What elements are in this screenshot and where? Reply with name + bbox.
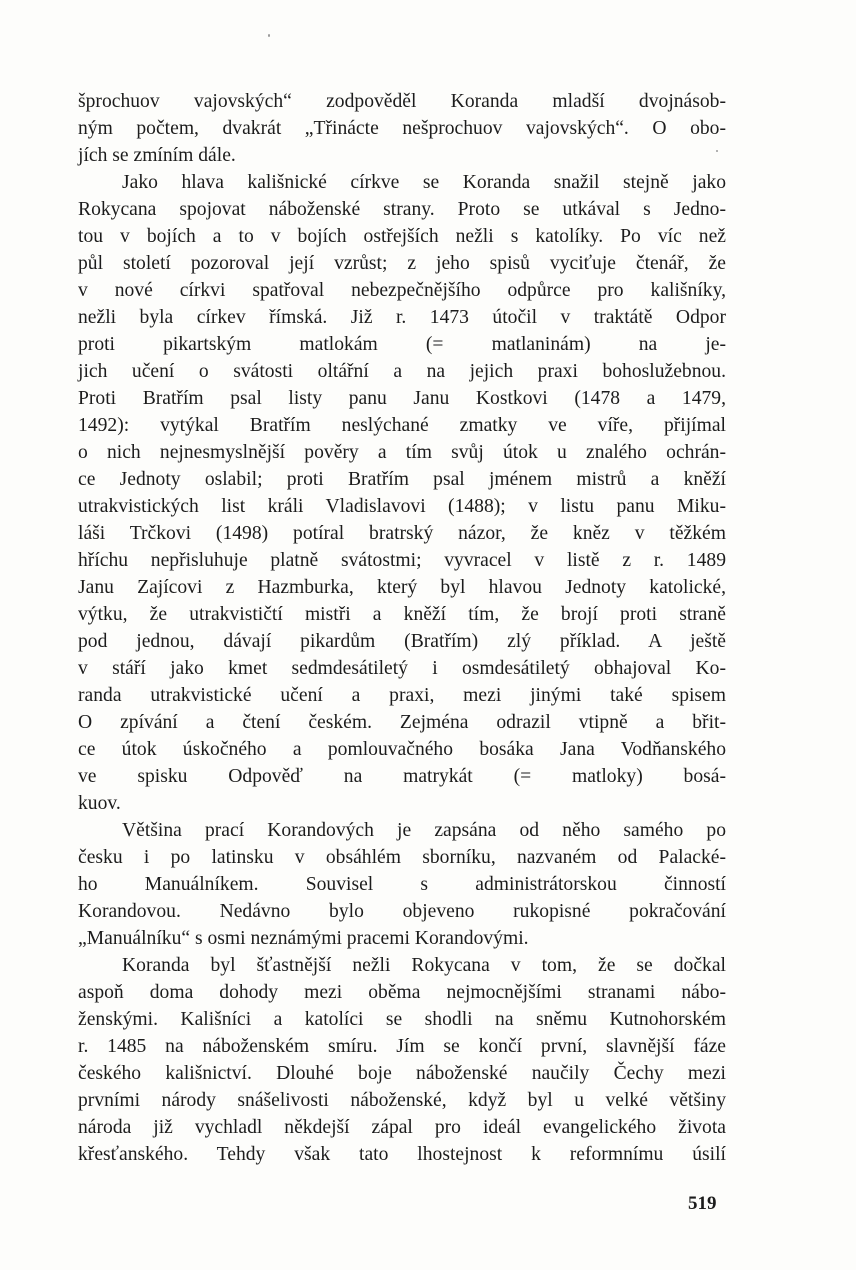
text-line: utrakvistických list králi Vladislavovi … — [78, 493, 726, 520]
text-line: „Manuálníku“ s osmi neznámými pracemi Ko… — [78, 925, 726, 952]
text-line: výtku, že utrakvističtí mistři a kněží t… — [78, 601, 726, 628]
paragraph-start-line: Koranda byl šťastnější nežli Rokycana v … — [78, 952, 726, 979]
text-line: pod jednou, dávají pikardům (Bratřím) zl… — [78, 628, 726, 655]
text-line: Rokycana spojovat náboženské strany. Pro… — [78, 196, 726, 223]
text-line: šprochuov vajovských“ zodpověděl Koranda… — [78, 88, 726, 115]
text-line: Janu Zajícovi z Hazmburka, který byl hla… — [78, 574, 726, 601]
text-line: českého kališnictví. Dlouhé boje nábožen… — [78, 1060, 726, 1087]
scan-speck — [268, 34, 270, 37]
text-line: ho Manuálníkem. Souvisel s administrátor… — [78, 871, 726, 898]
text-line: jích se zmíním dále. — [78, 142, 726, 169]
text-line: láši Trčkovi (1498) potíral bratrský náz… — [78, 520, 726, 547]
paragraph-start-line: Jako hlava kališnické církve se Koranda … — [78, 169, 726, 196]
text-line: v stáří jako kmet sedmdesátiletý i osmde… — [78, 655, 726, 682]
text-line: jich učení o svátosti oltářní a na jejic… — [78, 358, 726, 385]
text-line: česku i po latinsku v obsáhlém sborníku,… — [78, 844, 726, 871]
text-line: v nové církvi spatřoval nebezpečnějšího … — [78, 277, 726, 304]
paragraph-start-line: Většina prací Korandových je zapsána od … — [78, 817, 726, 844]
text-line: kuov. — [78, 790, 726, 817]
text-line: Korandovou. Nedávno bylo objeveno rukopi… — [78, 898, 726, 925]
book-page-body: šprochuov vajovských“ zodpověděl Koranda… — [78, 88, 726, 1168]
text-line: půl století pozoroval její vzrůst; z jeh… — [78, 250, 726, 277]
text-line: nežli byla církev římská. Již r. 1473 út… — [78, 304, 726, 331]
text-line: Proti Bratřím psal listy panu Janu Kostk… — [78, 385, 726, 412]
text-line: 1492): vytýkal Bratřím neslýchané zmatky… — [78, 412, 726, 439]
text-line: ce útok úskočného a pomlouvačného bosáka… — [78, 736, 726, 763]
text-line: národa již vychladl někdejší zápal pro i… — [78, 1114, 726, 1141]
text-line: proti pikartským matlokám (= matlaninám)… — [78, 331, 726, 358]
page-number: 519 — [688, 1193, 717, 1215]
text-line: prvními národy snášelivosti náboženské, … — [78, 1087, 726, 1114]
text-line: ve spisku Odpověď na matrykát (= matloky… — [78, 763, 726, 790]
text-line: ce Jednoty oslabil; proti Bratřím psal j… — [78, 466, 726, 493]
text-line: o nich nejnesmyslnější pověry a tím svůj… — [78, 439, 726, 466]
text-line: aspoň doma dohody mezi oběma nejmocnější… — [78, 979, 726, 1006]
text-line: ným počtem, dvakrát „Třinácte nešprochuo… — [78, 115, 726, 142]
text-line: O zpívání a čtení českém. Zejména odrazi… — [78, 709, 726, 736]
text-line: ženskými. Kališníci a katolíci se shodli… — [78, 1006, 726, 1033]
scan-speck — [716, 150, 718, 152]
text-line: křesťanského. Tehdy však tato lhostejnos… — [78, 1141, 726, 1168]
text-line: tou v bojích a to v bojích ostřejších ne… — [78, 223, 726, 250]
text-line: hříchu nepřisluhuje platně svátostmi; vy… — [78, 547, 726, 574]
text-line: r. 1485 na náboženském smíru. Jím se kon… — [78, 1033, 726, 1060]
text-line: randa utrakvistické učení a praxi, mezi … — [78, 682, 726, 709]
